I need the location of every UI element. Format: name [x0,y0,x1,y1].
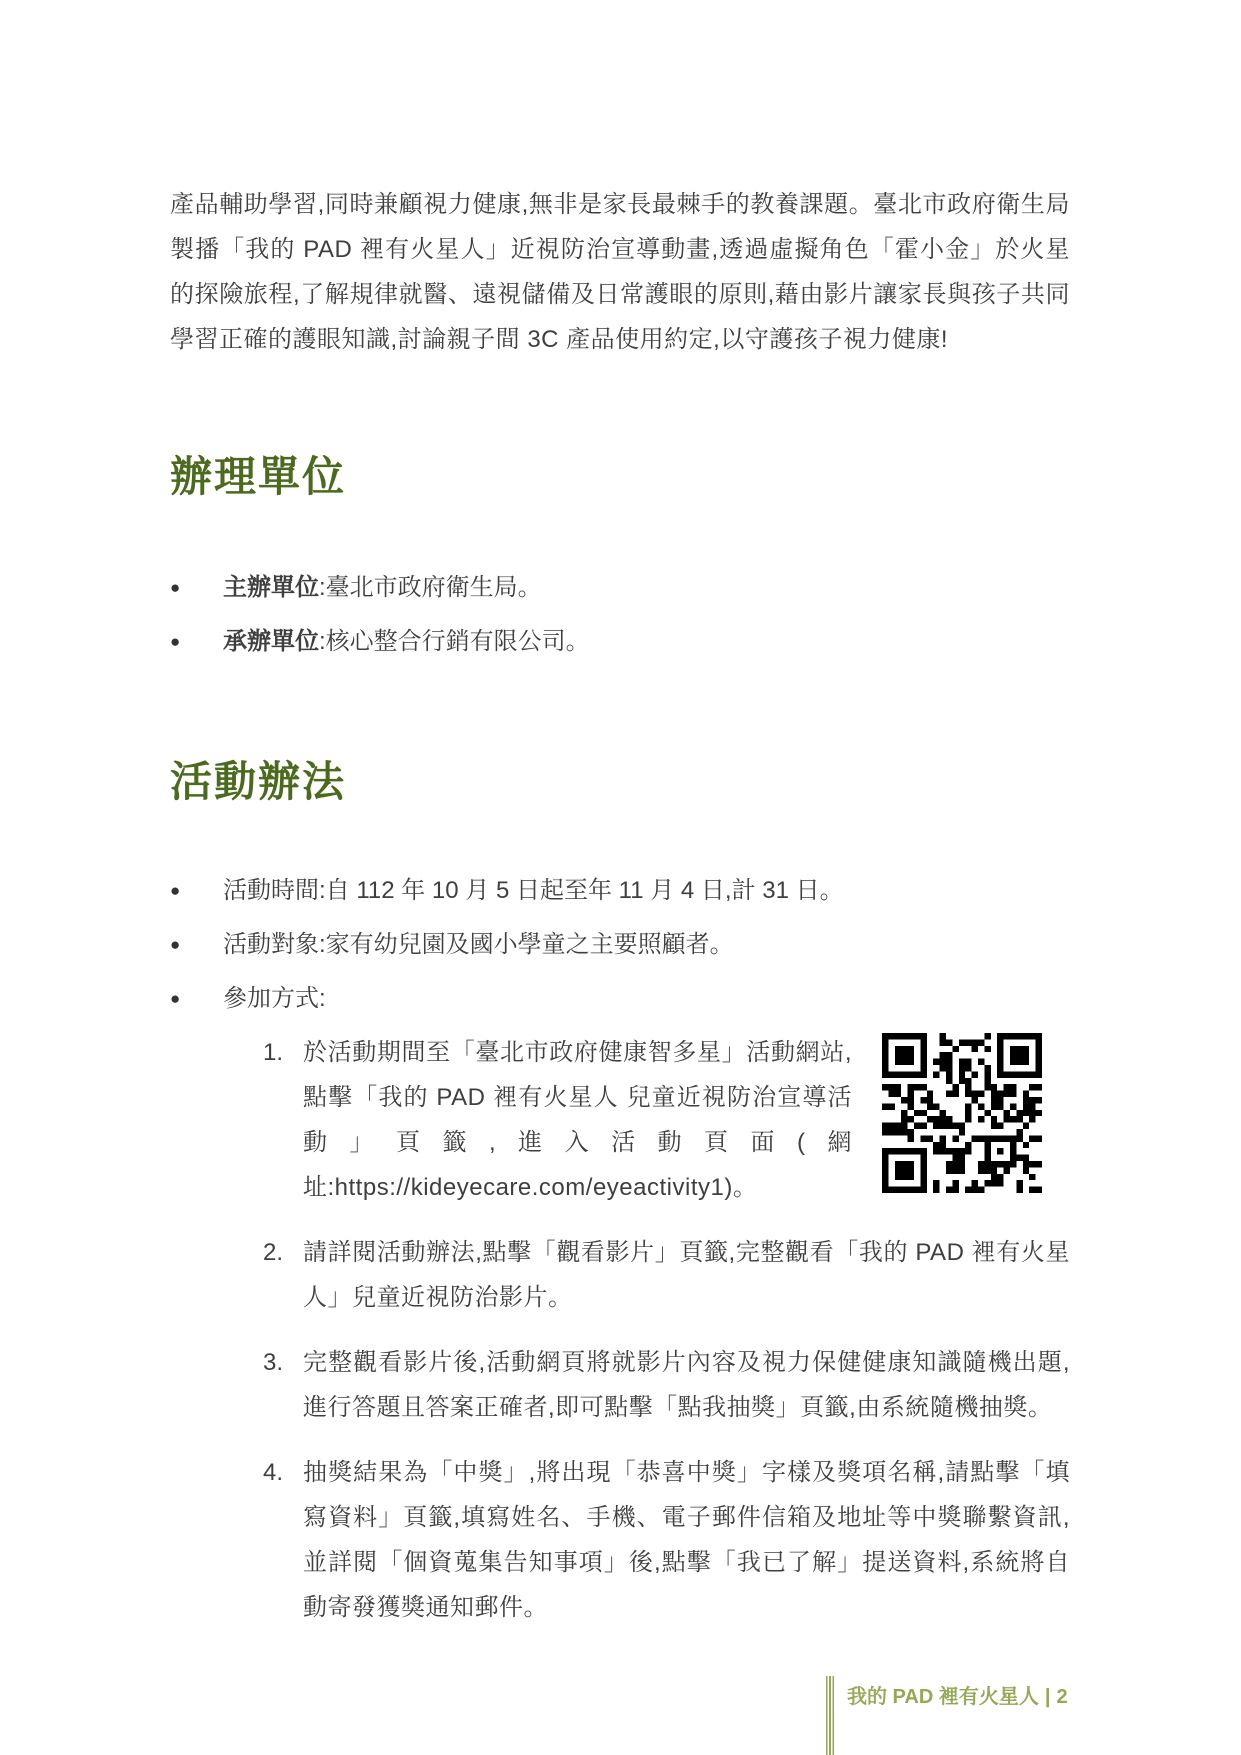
bullet-label: 主辦單位 [223,574,319,601]
bullet-icon: ● [170,976,223,1021]
page-footer: 我的 PAD 裡有火星人|2 [847,1684,1068,1710]
bullet-participation-method: ● 參加方式: [170,976,1070,1021]
qr-code [882,1033,1042,1193]
footer-divider-lines [826,1676,834,1755]
bullet-text: 參加方式: [223,976,326,1021]
step-number: 4. [263,1450,303,1495]
intro-paragraph: 產品輔助學習,同時兼顧視力健康,無非是家長最棘手的教養課題。臺北市政府衛生局製播… [170,182,1070,362]
step-text-container: 完整觀看影片後,活動網頁將就影片內容及視力保健健康知識隨機出題,進行答題且答案正… [303,1340,1070,1430]
bullet-icon: ● [170,922,223,967]
footer-page-number: 2 [1056,1686,1067,1708]
section-heading-rules: 活動辦法 [170,757,1070,807]
step-text-container: 請詳閱活動辦法,點擊「觀看影片」頁籤,完整觀看「我的 PAD 裡有火星人」兒童近… [303,1230,1070,1320]
bullet-text: 活動時間:自 112 年 10 月 5 日起至年 11 月 4 日,計 31 日… [223,868,844,913]
footer-title: 我的 PAD 裡有火星人 [847,1686,1039,1708]
bullet-label: 承辦單位 [223,628,319,655]
step-text: 請詳閱活動辦法,點擊「觀看影片」頁籤,完整觀看「我的 PAD 裡有火星人」兒童近… [303,1239,1070,1311]
bullet-activity-target: ● 活動對象:家有幼兒園及國小學童之主要照顧者。 [170,922,1070,967]
step-4: 4. 抽獎結果為「中獎」,將出現「恭喜中獎」字樣及獎項名稱,請點擊「填寫資料」頁… [263,1450,1070,1630]
bullet-text: 活動對象:家有幼兒園及國小學童之主要照顧者。 [223,922,734,967]
bullet-value: :臺北市政府衛生局。 [319,574,542,601]
bullet-icon: ● [170,565,223,610]
footer-separator: | [1045,1686,1051,1708]
section-heading-organizers: 辦理單位 [170,452,1070,502]
step-text-container: 抽獎結果為「中獎」,將出現「恭喜中獎」字樣及獎項名稱,請點擊「填寫資料」頁籤,填… [303,1450,1070,1630]
document-page: 產品輔助學習,同時兼顧視力健康,無非是家長最棘手的教養課題。臺北市政府衛生局製播… [0,0,1241,1755]
step-number: 3. [263,1340,303,1385]
bullet-text: 承辦單位:核心整合行銷有限公司。 [223,619,590,664]
bullet-host-unit: ● 主辦單位:臺北市政府衛生局。 [170,565,1070,610]
step-number: 1. [263,1030,303,1075]
step-1: 1. 於活動期間至「臺北市政府健康智多星」活動網站,點擊「我的 PAD 裡有火星… [263,1030,1070,1210]
organizers-bullet-list: ● 主辦單位:臺北市政府衛生局。 ● 承辦單位:核心整合行銷有限公司。 [170,565,1070,673]
bullet-text: 主辦單位:臺北市政府衛生局。 [223,565,542,610]
step-text: 於活動期間至「臺北市政府健康智多星」活動網站,點擊「我的 PAD 裡有火星人 兒… [303,1039,852,1201]
step-text: 抽獎結果為「中獎」,將出現「恭喜中獎」字樣及獎項名稱,請點擊「填寫資料」頁籤,填… [303,1459,1070,1621]
step-2: 2. 請詳閱活動辦法,點擊「觀看影片」頁籤,完整觀看「我的 PAD 裡有火星人」… [263,1230,1070,1320]
step-3: 3. 完整觀看影片後,活動網頁將就影片內容及視力保健健康知識隨機出題,進行答題且… [263,1340,1070,1430]
bullet-icon: ● [170,619,223,664]
bullet-executing-unit: ● 承辦單位:核心整合行銷有限公司。 [170,619,1070,664]
bullet-value: :核心整合行銷有限公司。 [319,628,590,655]
bullet-icon: ● [170,868,223,913]
step-text-container: 於活動期間至「臺北市政府健康智多星」活動網站,點擊「我的 PAD 裡有火星人 兒… [303,1030,1070,1210]
participation-steps-list: 1. 於活動期間至「臺北市政府健康智多星」活動網站,點擊「我的 PAD 裡有火星… [263,1030,1070,1650]
step-text: 完整觀看影片後,活動網頁將就影片內容及視力保健健康知識隨機出題,進行答題且答案正… [303,1349,1070,1421]
rules-bullet-list: ● 活動時間:自 112 年 10 月 5 日起至年 11 月 4 日,計 31… [170,868,1070,1030]
step-number: 2. [263,1230,303,1275]
bullet-activity-time: ● 活動時間:自 112 年 10 月 5 日起至年 11 月 4 日,計 31… [170,868,1070,913]
